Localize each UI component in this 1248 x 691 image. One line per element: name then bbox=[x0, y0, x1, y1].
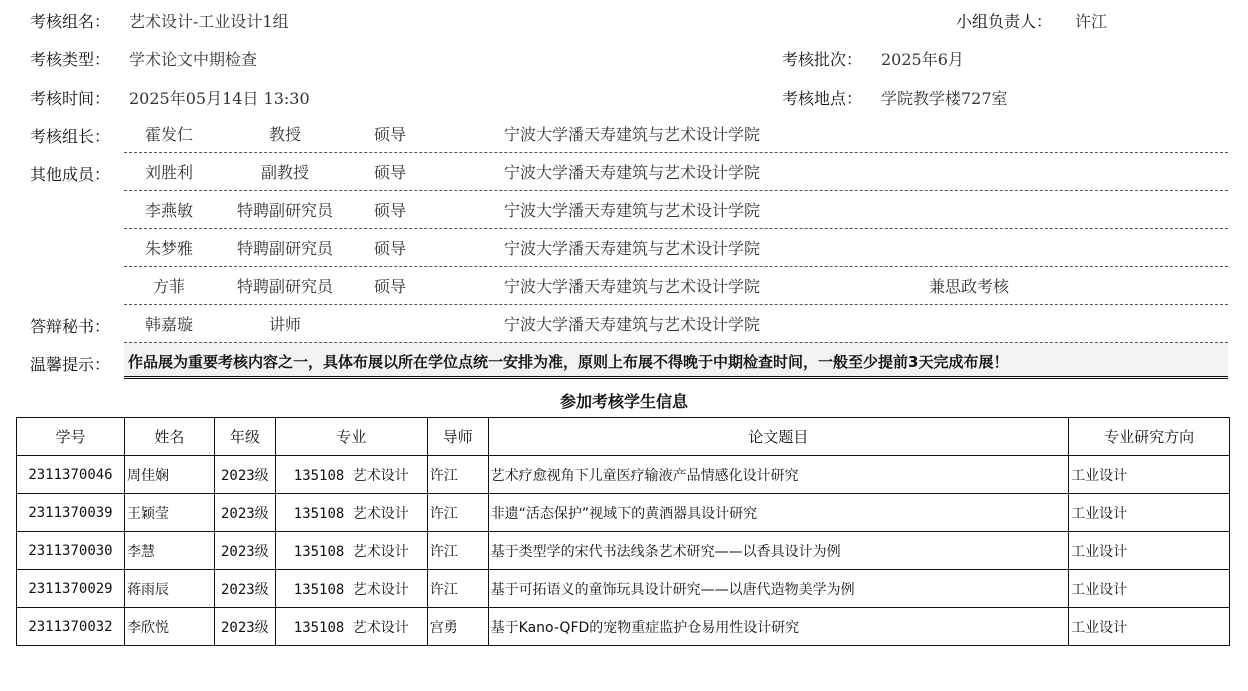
student-advisor: 许江 bbox=[427, 456, 488, 494]
student-name: 李慧 bbox=[124, 532, 214, 570]
chair-label: 考核组长： bbox=[30, 124, 110, 147]
student-grade: 2023级 bbox=[214, 456, 275, 494]
member-unit: 宁波大学潘天寿建筑与艺术设计学院 bbox=[504, 274, 760, 297]
tip-text: 作品展为重要考核内容之一，具体布展以所在学位点统一安排为准，原则上布展不得晚于中… bbox=[124, 342, 1228, 379]
student-name: 王颖莹 bbox=[124, 494, 214, 532]
student-name: 周佳娴 bbox=[124, 456, 214, 494]
student-advisor: 许江 bbox=[427, 570, 488, 608]
student-advisor: 许江 bbox=[427, 494, 488, 532]
leader-label: 小组负责人： bbox=[956, 9, 1052, 32]
student-major: 135108 艺术设计 bbox=[275, 532, 427, 570]
student-thesis: 基于可拓语义的童饰玩具设计研究——以唐代造物美学为例 bbox=[488, 570, 1068, 608]
group-name-label: 考核组名： bbox=[30, 9, 110, 32]
member-name: 霍发仁 bbox=[124, 122, 214, 145]
member-unit: 宁波大学潘天寿建筑与艺术设计学院 bbox=[504, 198, 760, 221]
committee-row: 朱梦雅 特聘副研究员 硕导 宁波大学潘天寿建筑与艺术设计学院 bbox=[124, 229, 1228, 267]
student-thesis: 基于类型学的宋代书法线条艺术研究——以香具设计为例 bbox=[488, 532, 1068, 570]
committee-row: 刘胜利 副教授 硕导 宁波大学潘天寿建筑与艺术设计学院 bbox=[124, 153, 1228, 191]
student-grade: 2023级 bbox=[214, 494, 275, 532]
col-header-name: 姓名 bbox=[124, 418, 214, 456]
member-note: 兼思政考核 bbox=[929, 274, 1009, 297]
member-supervisor: 硕导 bbox=[374, 198, 406, 221]
student-grade: 2023级 bbox=[214, 570, 275, 608]
col-header-advisor: 导师 bbox=[427, 418, 488, 456]
member-name: 李燕敏 bbox=[124, 198, 214, 221]
student-thesis: 艺术疗愈视角下儿童医疗输液产品情感化设计研究 bbox=[488, 456, 1068, 494]
student-id: 2311370030 bbox=[17, 532, 125, 570]
col-header-major: 专业 bbox=[275, 418, 427, 456]
member-title: 特聘副研究员 bbox=[220, 274, 350, 297]
student-name: 蒋雨辰 bbox=[124, 570, 214, 608]
time-label: 考核时间： bbox=[30, 86, 110, 109]
table-header-row: 学号 姓名 年级 专业 导师 论文题目 专业研究方向 bbox=[17, 418, 1230, 456]
student-grade: 2023级 bbox=[214, 532, 275, 570]
member-unit: 宁波大学潘天寿建筑与艺术设计学院 bbox=[504, 236, 760, 259]
location-value: 学院教学楼727室 bbox=[881, 86, 1008, 109]
member-supervisor: 硕导 bbox=[374, 160, 406, 183]
tip-label: 温馨提示： bbox=[30, 352, 110, 375]
committee-row: 方菲 特聘副研究员 硕导 宁波大学潘天寿建筑与艺术设计学院 兼思政考核 bbox=[124, 267, 1228, 305]
batch-value: 2025年6月 bbox=[881, 47, 964, 70]
location-label: 考核地点： bbox=[782, 86, 862, 109]
student-direction: 工业设计 bbox=[1069, 456, 1230, 494]
member-title: 特聘副研究员 bbox=[220, 198, 350, 221]
student-id: 2311370029 bbox=[17, 570, 125, 608]
student-thesis: 基于Kano-QFD的宠物重症监护仓易用性设计研究 bbox=[488, 608, 1068, 646]
student-advisor: 宫勇 bbox=[427, 608, 488, 646]
type-value: 学术论文中期检查 bbox=[129, 47, 257, 70]
student-direction: 工业设计 bbox=[1069, 494, 1230, 532]
student-id: 2311370046 bbox=[17, 456, 125, 494]
students-section-title: 参加考核学生信息 bbox=[0, 389, 1248, 412]
member-title: 特聘副研究员 bbox=[220, 236, 350, 259]
member-title: 讲师 bbox=[220, 312, 350, 335]
student-major: 135108 艺术设计 bbox=[275, 456, 427, 494]
student-id: 2311370032 bbox=[17, 608, 125, 646]
table-row: 2311370029 蒋雨辰 2023级 135108 艺术设计 许江 基于可拓… bbox=[17, 570, 1230, 608]
committee-row: 韩嘉璇 讲师 宁波大学潘天寿建筑与艺术设计学院 bbox=[124, 305, 1228, 343]
member-title: 副教授 bbox=[220, 160, 350, 183]
student-major: 135108 艺术设计 bbox=[275, 570, 427, 608]
col-header-grade: 年级 bbox=[214, 418, 275, 456]
group-name-value: 艺术设计-工业设计1组 bbox=[129, 9, 289, 32]
student-direction: 工业设计 bbox=[1069, 532, 1230, 570]
member-unit: 宁波大学潘天寿建筑与艺术设计学院 bbox=[504, 122, 760, 145]
member-name: 韩嘉璇 bbox=[124, 312, 214, 335]
secretary-label: 答辩秘书： bbox=[30, 314, 110, 337]
member-name: 方菲 bbox=[124, 274, 214, 297]
time-value: 2025年05月14日 13:30 bbox=[129, 86, 310, 109]
member-supervisor: 硕导 bbox=[374, 274, 406, 297]
member-supervisor: 硕导 bbox=[374, 122, 406, 145]
student-major: 135108 艺术设计 bbox=[275, 494, 427, 532]
table-row: 2311370030 李慧 2023级 135108 艺术设计 许江 基于类型学… bbox=[17, 532, 1230, 570]
student-name: 李欣悦 bbox=[124, 608, 214, 646]
committee-row: 霍发仁 教授 硕导 宁波大学潘天寿建筑与艺术设计学院 bbox=[124, 115, 1228, 153]
student-id: 2311370039 bbox=[17, 494, 125, 532]
member-unit: 宁波大学潘天寿建筑与艺术设计学院 bbox=[504, 312, 760, 335]
student-major: 135108 艺术设计 bbox=[275, 608, 427, 646]
table-row: 2311370039 王颖莹 2023级 135108 艺术设计 许江 非遗“活… bbox=[17, 494, 1230, 532]
table-row: 2311370046 周佳娴 2023级 135108 艺术设计 许江 艺术疗愈… bbox=[17, 456, 1230, 494]
student-advisor: 许江 bbox=[427, 532, 488, 570]
member-name: 刘胜利 bbox=[124, 160, 214, 183]
committee-row: 李燕敏 特聘副研究员 硕导 宁波大学潘天寿建筑与艺术设计学院 bbox=[124, 191, 1228, 229]
col-header-id: 学号 bbox=[17, 418, 125, 456]
table-row: 2311370032 李欣悦 2023级 135108 艺术设计 宫勇 基于Ka… bbox=[17, 608, 1230, 646]
member-title: 教授 bbox=[220, 122, 350, 145]
col-header-direction: 专业研究方向 bbox=[1069, 418, 1230, 456]
student-direction: 工业设计 bbox=[1069, 570, 1230, 608]
member-unit: 宁波大学潘天寿建筑与艺术设计学院 bbox=[504, 160, 760, 183]
student-direction: 工业设计 bbox=[1069, 608, 1230, 646]
col-header-thesis: 论文题目 bbox=[488, 418, 1068, 456]
batch-label: 考核批次： bbox=[782, 47, 862, 70]
type-label: 考核类型： bbox=[30, 47, 110, 70]
student-grade: 2023级 bbox=[214, 608, 275, 646]
members-label: 其他成员： bbox=[30, 162, 110, 185]
member-name: 朱梦雅 bbox=[124, 236, 214, 259]
student-thesis: 非遗“活态保护”视域下的黄酒器具设计研究 bbox=[488, 494, 1068, 532]
students-table: 学号 姓名 年级 专业 导师 论文题目 专业研究方向 2311370046 周佳… bbox=[16, 417, 1230, 646]
member-supervisor: 硕导 bbox=[374, 236, 406, 259]
leader-value: 许江 bbox=[1075, 9, 1107, 32]
